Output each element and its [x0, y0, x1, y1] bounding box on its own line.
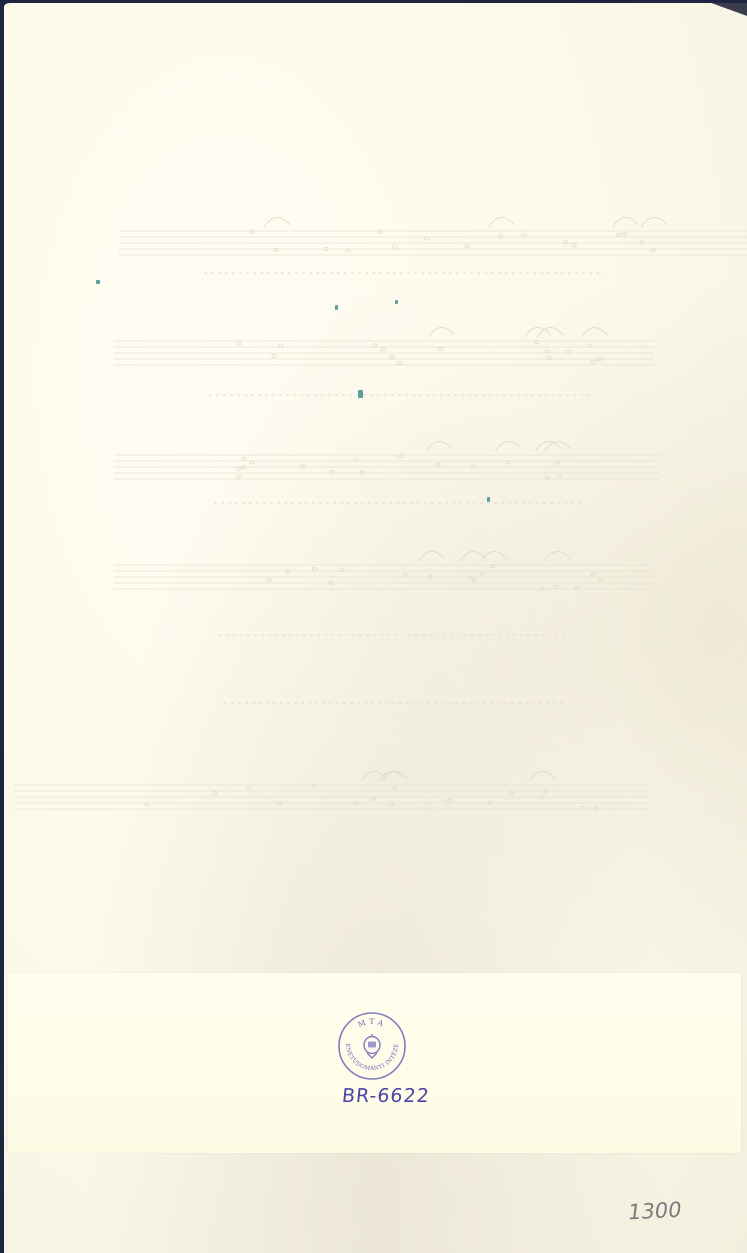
svg-text:MTA: MTA	[357, 1017, 388, 1030]
ink-speck	[358, 390, 363, 398]
stamp-top-text: MTA	[357, 1017, 388, 1030]
coat-of-arms-icon	[364, 1034, 380, 1058]
staff-showthrough	[4, 3, 747, 963]
library-stamp: MTA ZENETUDOMÁNYI INTÉZET	[336, 1010, 408, 1082]
shelfmark: BR-6622	[341, 1085, 431, 1107]
pencil-folio-number: 1300	[627, 1198, 683, 1225]
ink-speck	[395, 300, 398, 304]
ink-speck	[487, 497, 490, 502]
ink-speck	[96, 280, 100, 284]
ink-speck	[335, 305, 338, 310]
